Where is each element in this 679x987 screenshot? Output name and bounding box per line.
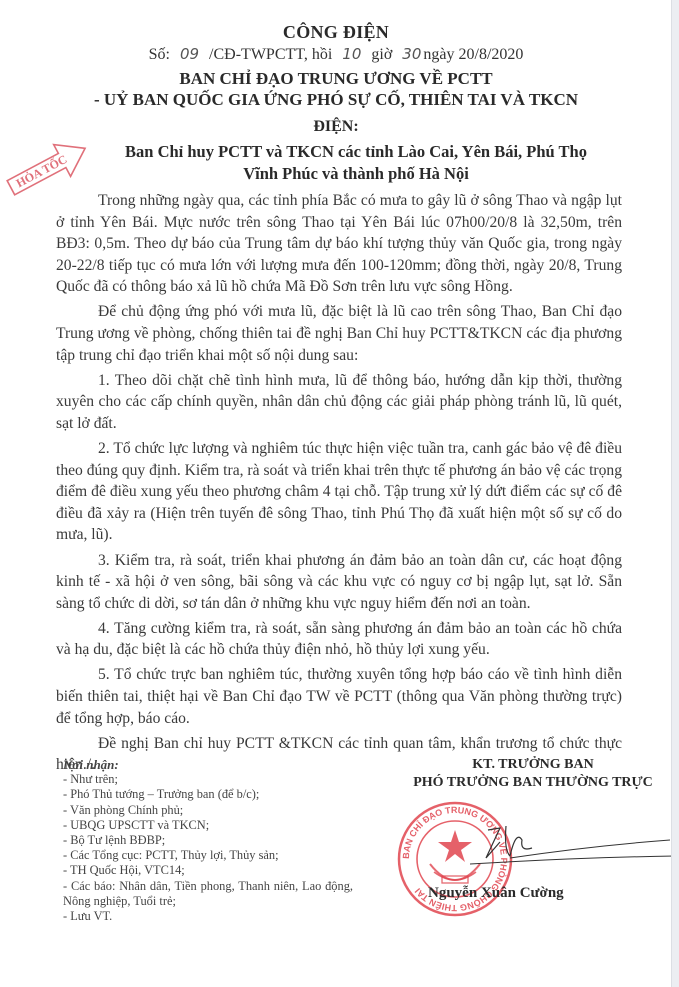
- document-page: CÔNG ĐIỆN Số: 09 /CĐ-TWPCTT, hồi 10 giờ …: [0, 0, 672, 987]
- number-code: /CĐ-TWPCTT, hồi: [209, 46, 332, 63]
- body-paragraph: 5. Tổ chức trực ban nghiêm túc, thường x…: [56, 664, 622, 729]
- document-title: CÔNG ĐIỆN: [0, 22, 672, 43]
- signer-name: Nguyễn Xuân Cường: [428, 885, 564, 902]
- signer-title-2: PHÓ TRƯỞNG BAN THƯỜNG TRỰC: [388, 775, 678, 791]
- body-paragraph: 3. Kiểm tra, rà soát, triển khai phương …: [56, 550, 622, 615]
- recipient-item: - Các báo: Nhân dân, Tiền phong, Thanh n…: [63, 879, 353, 909]
- recipient-item: - Phó Thủ tướng – Trưởng ban (để b/c);: [63, 787, 353, 802]
- handwritten-minute: 30: [396, 45, 423, 63]
- recipient-item: - UBQG UPSCTT và TKCN;: [63, 818, 353, 833]
- scrollbar[interactable]: [671, 0, 679, 987]
- document-body: Trong những ngày qua, các tỉnh phía Bắc …: [56, 190, 622, 779]
- body-paragraph: Để chủ động ứng phó với mưa lũ, đặc biệt…: [56, 301, 622, 366]
- hour-label: giờ: [371, 46, 392, 63]
- recipient-item: - Các Tổng cục: PCTT, Thủy lợi, Thủy sản…: [63, 848, 353, 863]
- document-date: ngày 20/8/2020: [423, 46, 523, 63]
- dien-label: ĐIỆN:: [0, 118, 672, 136]
- urgent-stamp-icon: HỎA TỐC: [2, 128, 94, 198]
- recipient-item: - Lưu VT.: [63, 909, 353, 924]
- issuer-line-1: BAN CHỈ ĐẠO TRUNG ƯƠNG VỀ PCTT: [0, 69, 672, 89]
- recipient-item: - Bộ Tư lệnh BĐBP;: [63, 833, 353, 848]
- signer-title-1: KT. TRƯỞNG BAN: [398, 757, 668, 773]
- recipient-line-2: Vĩnh Phúc và thành phố Hà Nội: [0, 164, 672, 184]
- recipient-item: - Văn phòng Chính phủ;: [63, 803, 353, 818]
- handwritten-hour: 10: [336, 45, 367, 63]
- recipient-item: - Như trên;: [63, 772, 353, 787]
- number-prefix: Số:: [149, 46, 170, 63]
- recipients-list: - Như trên;- Phó Thủ tướng – Trưởng ban …: [63, 772, 353, 924]
- handwritten-number: 09: [174, 45, 205, 63]
- body-paragraph: 4. Tăng cường kiểm tra, rà soát, sẵn sàn…: [56, 618, 622, 661]
- issuer-line-2: - UỶ BAN QUỐC GIA ỨNG PHÓ SỰ CỐ, THIÊN T…: [0, 90, 672, 110]
- body-paragraph: 1. Theo dõi chặt chẽ tình hình mưa, lũ đ…: [56, 370, 622, 435]
- body-paragraph: 2. Tổ chức lực lượng và nghiêm túc thực …: [56, 438, 622, 546]
- signature-icon: [470, 820, 679, 880]
- recipient-item: - TH Quốc Hội, VTC14;: [63, 863, 353, 878]
- recipients-block: Nơi nhận: - Như trên;- Phó Thủ tướng – T…: [63, 757, 353, 924]
- document-number-line: Số: 09 /CĐ-TWPCTT, hồi 10 giờ 30ngày 20/…: [0, 45, 672, 64]
- body-paragraph: Trong những ngày qua, các tỉnh phía Bắc …: [56, 190, 622, 298]
- recipients-label: Nơi nhận:: [63, 757, 353, 772]
- recipient-line-1: Ban Chỉ huy PCTT và TKCN các tỉnh Lào Ca…: [0, 142, 672, 162]
